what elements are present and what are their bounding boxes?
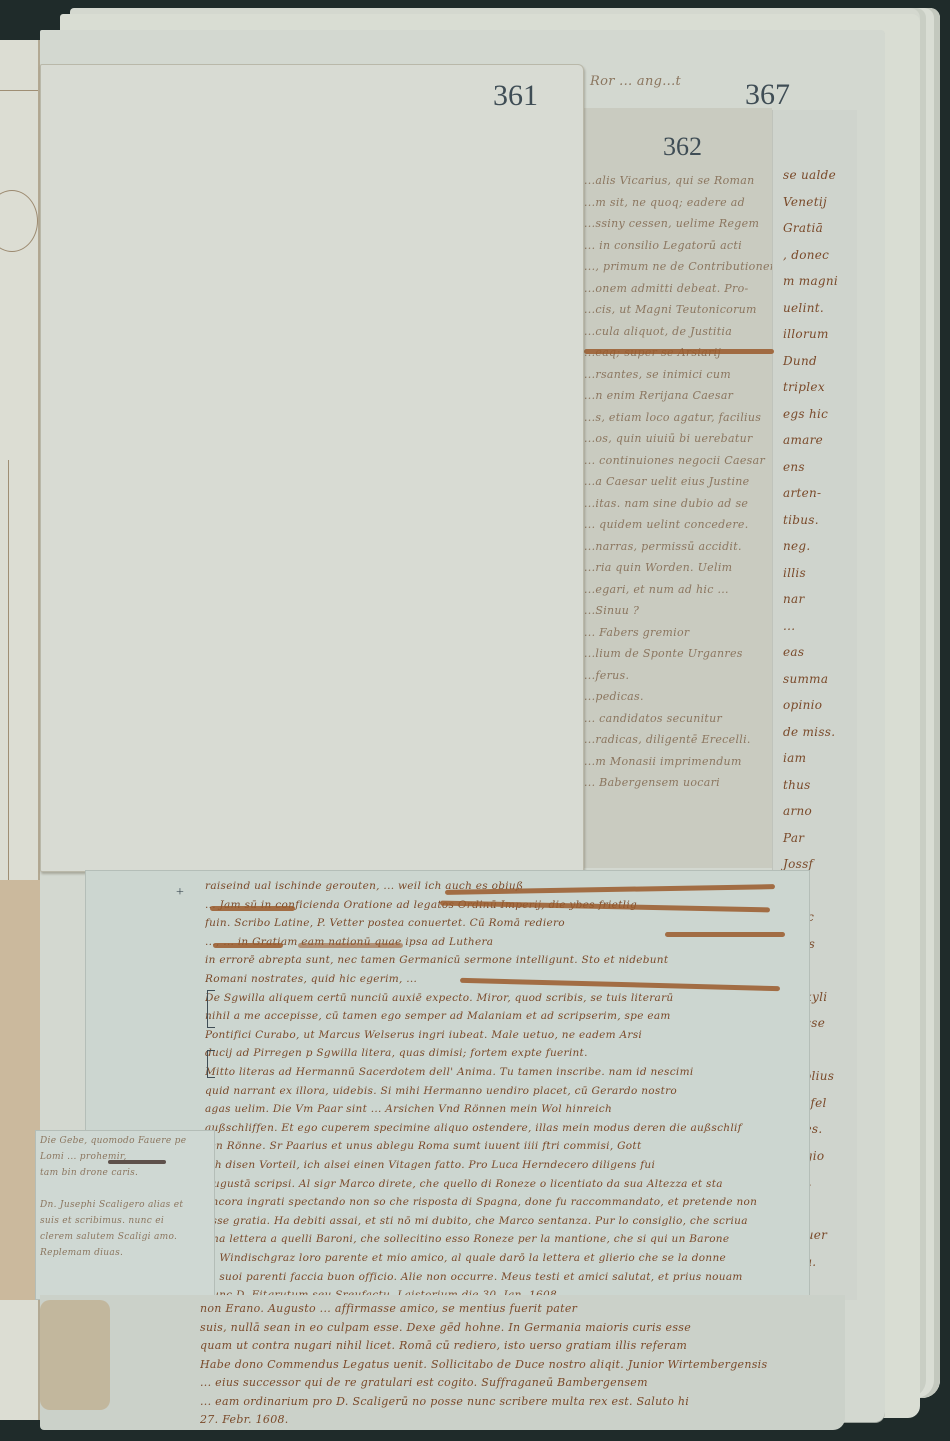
- handwritten-line: ...os, quin uiuiū bi uerebatur: [584, 432, 753, 445]
- handwritten-line: in errorē abrepta sunt, nec tamen German…: [205, 954, 668, 966]
- margin-word: se ualde: [783, 168, 836, 182]
- handwritten-line: agas uelim. Die Vm Paar sint ... Arsiche…: [205, 1103, 612, 1115]
- margin-word: Jossf: [783, 857, 813, 871]
- handwritten-line: ni suoi parenti faccia buon officio. Ali…: [205, 1271, 743, 1283]
- handwritten-line: ...ssiny cessen, uelime Regem: [584, 217, 759, 230]
- note-line: Replemam diuas.: [40, 1248, 123, 1258]
- handwritten-line: ancora ingrati spectando non so che risp…: [205, 1196, 757, 1208]
- note-line: Dn. Jusephi Scaligero alias et: [40, 1200, 183, 1210]
- handwritten-line: 27. Febr. 1608.: [200, 1413, 289, 1426]
- handwritten-line: suis, nullā sean in eo culpam esse. Dexe…: [200, 1321, 691, 1334]
- ruled-line: [0, 90, 38, 91]
- bottom-text-body: non Erano. Augusto ... affirmasse amico,…: [200, 1302, 820, 1432]
- folio-number-367: 367: [745, 78, 790, 112]
- margin-word: nar: [783, 592, 805, 606]
- margin-word: Venetij: [783, 195, 827, 209]
- margin-word: summa: [783, 672, 828, 686]
- handwritten-line: quid narrant ex illora, uidebis. Si mihi…: [205, 1085, 677, 1097]
- margin-word: ...: [783, 619, 795, 633]
- note-line: Die Gebe, quomodo Fauere pe: [40, 1136, 186, 1146]
- letter-text-body: raiseind ual ischinde gerouten, ... weil…: [205, 880, 810, 1300]
- handwritten-line: ...pedicas.: [584, 690, 644, 703]
- handwritten-line: ... eam ordinarium pro D. Scaligerū no p…: [200, 1395, 689, 1408]
- margin-word: eas: [783, 645, 804, 659]
- handwritten-line: Augustā scripsi. Al sigr Marco direte, c…: [205, 1178, 723, 1190]
- handwritten-line: Habe dono Commendus Legatus uenit. Solli…: [200, 1358, 767, 1371]
- margin-word: amare: [783, 433, 823, 447]
- margin-word: neg.: [783, 539, 811, 553]
- handwritten-line: esse gratia. Ha debiti assai, et sti nō …: [205, 1215, 748, 1227]
- handwritten-line: ...itas. nam sine dubio ad se: [584, 497, 748, 510]
- margin-word: illorum: [783, 327, 829, 341]
- margin-word: Par: [783, 831, 804, 845]
- handwritten-line: non Erano. Augusto ... affirmasse amico,…: [200, 1302, 577, 1315]
- handwritten-line: una lettera a quelli Baroni, che solleci…: [205, 1233, 729, 1245]
- margin-word: opinio: [783, 698, 822, 712]
- strikethrough-mark: [298, 943, 403, 948]
- handwritten-line: ...s, etiam loco agatur, facilius: [584, 411, 761, 424]
- handwritten-line: ... in consilio Legatorū acti: [584, 239, 742, 252]
- margin-word: m magni: [783, 274, 838, 288]
- strikethrough-mark: [213, 943, 283, 948]
- handwritten-line: fuin. Scribo Latine, P. Vetter postea co…: [205, 917, 565, 929]
- handwritten-line: ...onem admitti debeat. Pro-: [584, 282, 749, 295]
- handwritten-line: di Windischgraz loro parente et mio amic…: [205, 1252, 726, 1264]
- handwritten-line: nihil a me accepisse, cū tamen ego sempe…: [205, 1010, 671, 1022]
- handwritten-line: ...egari, et num ad hic ...: [584, 583, 729, 596]
- handwritten-line: ..., primum ne de Contributionem: [584, 260, 772, 273]
- handwritten-line: ...Sinuu ?: [584, 604, 639, 617]
- margin-word: illis: [783, 566, 806, 580]
- handwritten-line: ...cis, ut Magni Teutonicorum: [584, 303, 757, 316]
- handwritten-line: ...radicas, diligentē Erecelli.: [584, 733, 751, 746]
- handwritten-line: ich disen Vorteil, ich alsei einen Vitag…: [205, 1159, 655, 1171]
- handwritten-line: ...narras, permissū accidit.: [584, 540, 742, 553]
- left-page-stain: [0, 880, 40, 1300]
- note-line: clerem salutem Scaligi amo.: [40, 1232, 177, 1242]
- cross-mark: +: [176, 885, 184, 901]
- margin-word: triplex: [783, 380, 825, 394]
- water-stain: [40, 1300, 110, 1410]
- handwritten-line: ... eius successor qui de re gratulari e…: [200, 1376, 648, 1389]
- handwritten-line: ... Babergensem uocari: [584, 776, 720, 789]
- handwritten-line: ducij ad Pirregen p Sgwilla litera, quas…: [205, 1047, 588, 1059]
- margin-word: egs hic: [783, 407, 828, 421]
- strikethrough-mark: [210, 906, 295, 911]
- handwritten-line: ...rsantes, se inimici cum: [584, 368, 731, 381]
- handwritten-line: außschliffen. Et ego cuperem specimine a…: [205, 1122, 742, 1134]
- handwritten-line: ...alis Vicarius, qui se Roman: [584, 174, 754, 187]
- margin-word: uelint.: [783, 301, 824, 315]
- upper-text-column: ...alis Vicarius, qui se Roman...m sit, …: [584, 174, 772, 874]
- bracket-mark: [207, 990, 215, 1028]
- handwritten-line: ... quidem uelint concedere.: [584, 518, 749, 531]
- handwritten-line: quam ut contra nugari nihil licet. Romā …: [200, 1339, 687, 1352]
- top-fragment-text: Ror ... ang...t: [590, 74, 681, 89]
- handwritten-line: ...ferus.: [584, 669, 629, 682]
- handwritten-line: Romani nostrates, quid hic egerim, ...: [205, 973, 417, 985]
- margin-word: arten-: [783, 486, 821, 500]
- ruled-line: [8, 460, 9, 880]
- handwritten-line: ...m sit, ne quoq; eadere ad: [584, 196, 745, 209]
- handwritten-line: ...m Monasii imprimendum: [584, 755, 742, 768]
- note-line: suis et scribimus. nunc ei: [40, 1216, 164, 1226]
- margin-word: thus: [783, 778, 811, 792]
- bracket-mark: [207, 1050, 215, 1078]
- handwritten-line: ... Fabers gremior: [584, 626, 689, 639]
- margin-word: arno: [783, 804, 812, 818]
- margin-word: , donec: [783, 248, 829, 262]
- margin-word: tibus.: [783, 513, 819, 527]
- margin-word: Dund: [783, 354, 817, 368]
- handwritten-line: ...cula aliquot, de Justitia: [584, 325, 732, 338]
- handwritten-line: ...a Caesar uelit eius Justine: [584, 475, 749, 488]
- handwritten-line: ...ria quin Worden. Uelim: [584, 561, 732, 574]
- margin-word: ens: [783, 460, 805, 474]
- strikethrough-mark: [584, 349, 774, 354]
- folio-number-361: 361: [493, 79, 538, 113]
- ink-oval-drawing: [0, 190, 38, 252]
- pasted-blank-sheet-361: 361: [40, 64, 584, 872]
- handwritten-line: ten Rönne. Sr Paarius et unus ablegu Rom…: [205, 1140, 641, 1152]
- folio-number-362: 362: [663, 132, 702, 162]
- handwritten-line: Mitto literas ad Hermannū Sacerdotem del…: [205, 1066, 694, 1078]
- strikethrough-mark: [108, 1160, 166, 1164]
- handwritten-line: ...lium de Sponte Urganres: [584, 647, 743, 660]
- note-line: tam bin drone caris.: [40, 1168, 138, 1178]
- margin-word: iam: [783, 751, 806, 765]
- handwritten-line: ...n enim Rerijana Caesar: [584, 389, 733, 402]
- handwritten-line: ... candidatos secunitur: [584, 712, 722, 725]
- strikethrough-mark: [665, 932, 785, 937]
- margin-word: de miss.: [783, 725, 835, 739]
- handwritten-line: ... continuiones negocii Caesar: [584, 454, 765, 467]
- handwritten-line: De Sgwilla aliquem certū nunciū auxiē ex…: [205, 992, 673, 1004]
- handwritten-line: Pontifici Curabo, ut Marcus Welserus ing…: [205, 1029, 642, 1041]
- margin-word: Gratiā: [783, 221, 823, 235]
